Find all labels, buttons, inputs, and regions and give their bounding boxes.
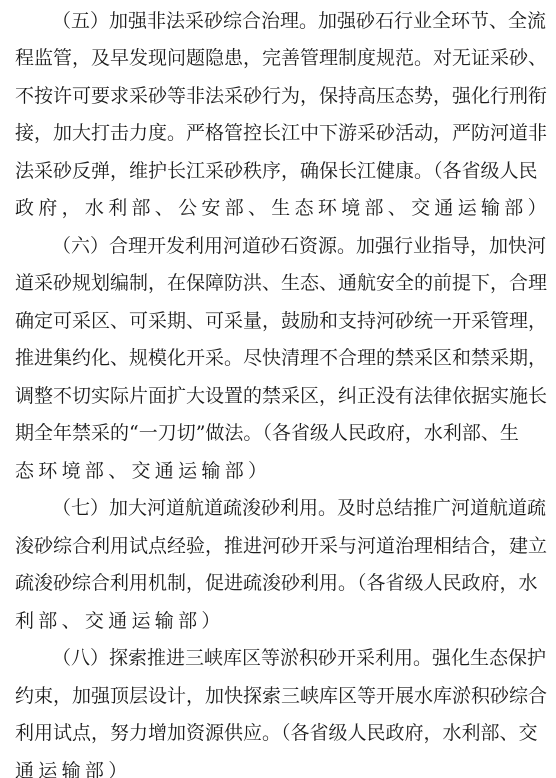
section-7-line-3: 疏浚砂综合利用机制，促进疏浚砂利用。（各省级人民政府，水 (15, 571, 505, 595)
section-8-line-4: 通运输部） (15, 759, 132, 778)
section-5-line-5: 法采砂反弹，维护长江采砂秩序，确保长江健康。（各省级人民 (15, 159, 505, 183)
section-5-line-3: 不按许可要求采砂等非法采砂行为，保持高压态势，强化行刑衔 (15, 84, 505, 108)
section-5-line-6: 政府，水利部、公安部、生态环境部、交通运输部） (15, 196, 551, 220)
section-8-line-2: 约束，加强顶层设计，加快探索三峡库区等开展水库淤积砂综合 (15, 684, 505, 708)
section-6-line-3: 确定可采区、可采期、可采量，鼓励和支持河砂统一开采管理， (15, 309, 505, 333)
section-6-line-4: 推进集约化、规模化开采。尽快清理不合理的禁采区和禁采期， (15, 346, 505, 370)
section-6-line-2: 道采砂规划编制，在保障防洪、生态、通航安全的前提下，合理 (15, 271, 505, 295)
section-5-line-1: （五）加强非法采砂综合治理。加强砂石行业全环节、全流 (52, 9, 505, 33)
section-8-line-1: （八）探索推进三峡库区等淤积砂开采利用。强化生态保护 (52, 646, 505, 670)
section-5-line-4: 接，加大打击力度。严格管控长江中下游采砂活动，严防河道非 (15, 121, 505, 145)
section-6-line-7: 态环境部、交通运输部） (15, 459, 271, 483)
document-page: （五）加强非法采砂综合治理。加强砂石行业全环节、全流 程监管，及早发现问题隐患，… (0, 0, 556, 778)
section-6-line-6: 期全年禁采的“一刀切”做法。（各省级人民政府，水利部、生 (15, 421, 505, 445)
section-6-line-5: 调整不切实际片面扩大设置的禁采区，纠正没有法律依据实施长 (15, 384, 505, 408)
section-7-line-4: 利部、交通运输部） (15, 609, 225, 633)
section-5-line-2: 程监管，及早发现问题隐患，完善管理制度规范。对无证采砂、 (15, 46, 505, 70)
section-6-line-1: （六）合理开发利用河道砂石资源。加强行业指导，加快河 (52, 234, 505, 258)
section-8-line-3: 利用试点，努力增加资源供应。（各省级人民政府，水利部、交 (15, 721, 505, 745)
section-7-line-1: （七）加大河道航道疏浚砂利用。及时总结推广河道航道疏 (52, 496, 505, 520)
section-7-line-2: 浚砂综合利用试点经验，推进河砂开采与河道治理相结合，建立 (15, 534, 505, 558)
